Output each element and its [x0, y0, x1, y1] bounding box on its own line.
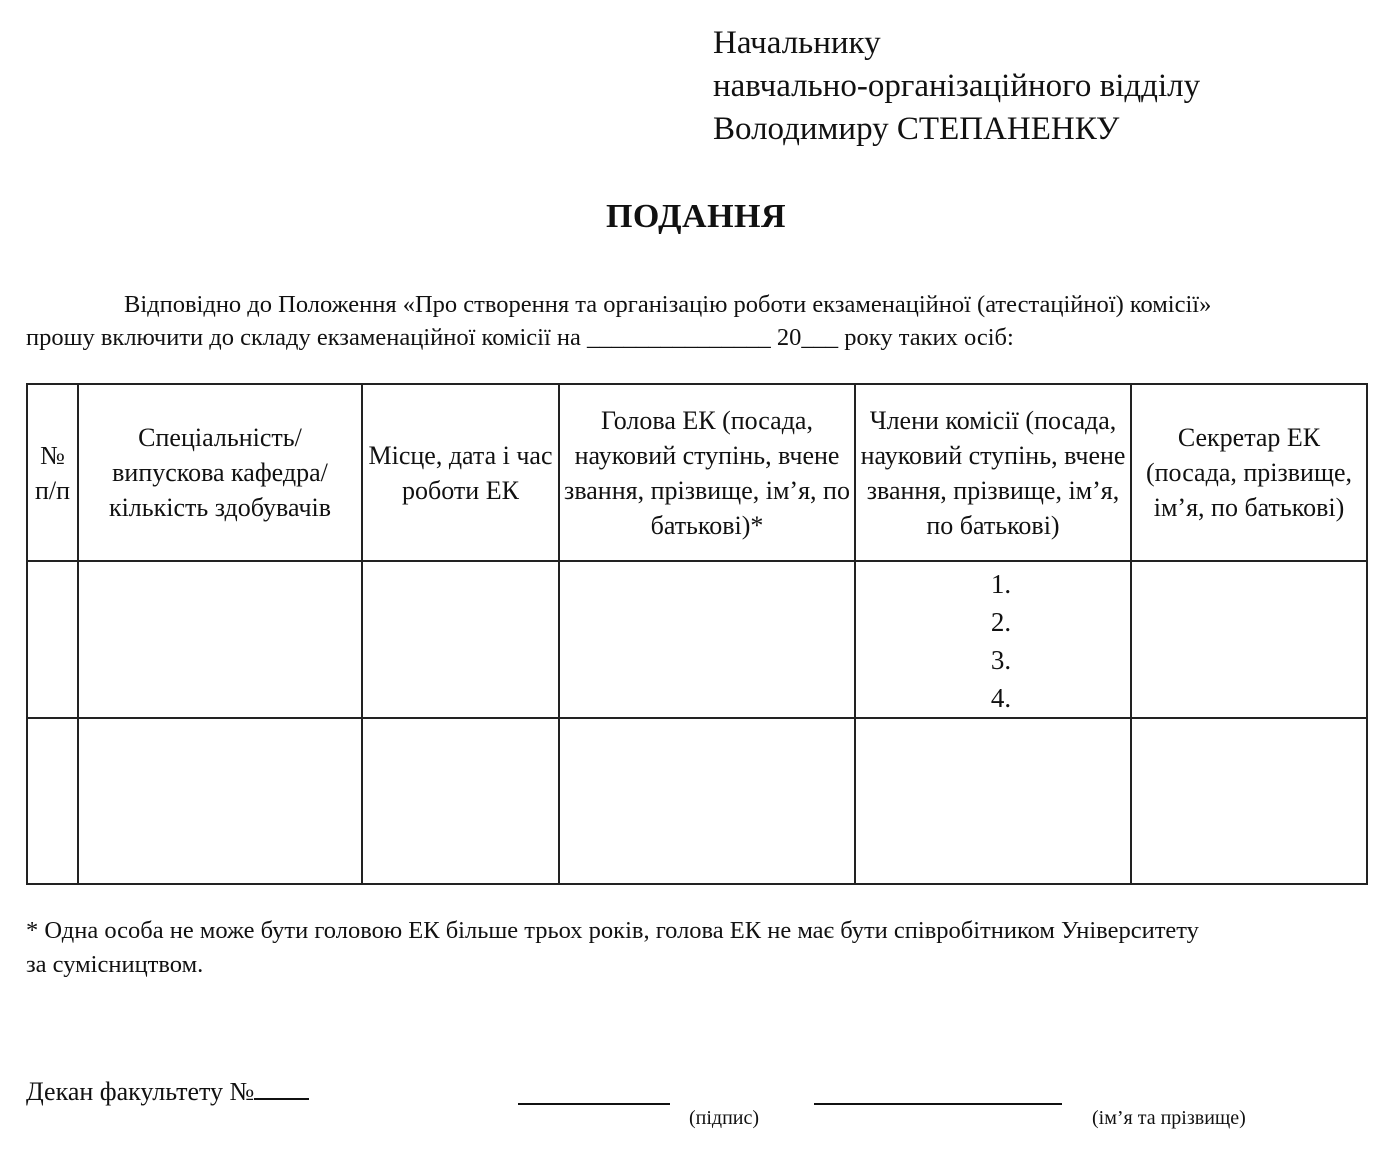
member-item: 1.: [856, 565, 1130, 603]
table-row: 1. 2. 3. 4.: [27, 561, 1367, 718]
member-item: 2.: [856, 603, 1130, 641]
header-specialty: Спеціальність/ випускова кафедра/ кількі…: [78, 384, 362, 561]
member-item: 4.: [856, 679, 1130, 717]
document-title: ПОДАННЯ: [0, 198, 1392, 236]
header-place-date-time: Місце, дата і час роботи ЕК: [362, 384, 559, 561]
cell-place-date-time[interactable]: [362, 718, 559, 884]
cell-number[interactable]: [27, 561, 78, 718]
addressee-line-1: Начальнику: [713, 22, 1200, 65]
footnote-line-2: за сумісництвом.: [26, 948, 1371, 982]
cell-specialty[interactable]: [78, 718, 362, 884]
dean-signature-label: Декан факультету №: [26, 1074, 309, 1107]
header-secretary: Секретар ЕК (посада, прізвище, ім’я, по …: [1131, 384, 1367, 561]
dean-label: Декан факультету №: [26, 1077, 254, 1106]
header-members: Члени комісії (посада, науковий ступінь,…: [855, 384, 1131, 561]
signature-caption: (підпис): [689, 1107, 759, 1130]
footnote-line-1: * Одна особа не може бути головою ЕК біл…: [26, 914, 1371, 948]
cell-secretary[interactable]: [1131, 561, 1367, 718]
header-number: № п/п: [27, 384, 78, 561]
header-chair: Голова ЕК (посада, науковий ступінь, вче…: [559, 384, 855, 561]
cell-secretary[interactable]: [1131, 718, 1367, 884]
member-item: 3.: [856, 641, 1130, 679]
addressee-line-3: Володимиру СТЕПАНЕНКУ: [713, 108, 1200, 151]
cell-specialty[interactable]: [78, 561, 362, 718]
cell-members[interactable]: [855, 718, 1131, 884]
cell-number[interactable]: [27, 718, 78, 884]
intro-line-2: прошу включити до складу екзаменаційної …: [26, 321, 1366, 354]
name-line[interactable]: [814, 1103, 1062, 1105]
cell-place-date-time[interactable]: [362, 561, 559, 718]
cell-chair[interactable]: [559, 718, 855, 884]
table-row: [27, 718, 1367, 884]
commission-table: № п/п Спеціальність/ випускова кафедра/ …: [26, 383, 1368, 885]
addressee-block: Начальнику навчально-організаційного від…: [713, 22, 1200, 151]
signature-line[interactable]: [518, 1103, 670, 1105]
name-caption: (ім’я та прізвище): [1092, 1107, 1246, 1130]
footnote: * Одна особа не може бути головою ЕК біл…: [26, 914, 1371, 982]
faculty-number-blank[interactable]: [254, 1074, 309, 1100]
members-list: 1. 2. 3. 4.: [856, 562, 1130, 717]
cell-chair[interactable]: [559, 561, 855, 718]
intro-paragraph: Відповідно до Положення «Про створення т…: [26, 288, 1366, 354]
table-header-row: № п/п Спеціальність/ випускова кафедра/ …: [27, 384, 1367, 561]
cell-members[interactable]: 1. 2. 3. 4.: [855, 561, 1131, 718]
addressee-line-2: навчально-організаційного відділу: [713, 65, 1200, 108]
intro-line-1: Відповідно до Положення «Про створення т…: [26, 288, 1366, 321]
